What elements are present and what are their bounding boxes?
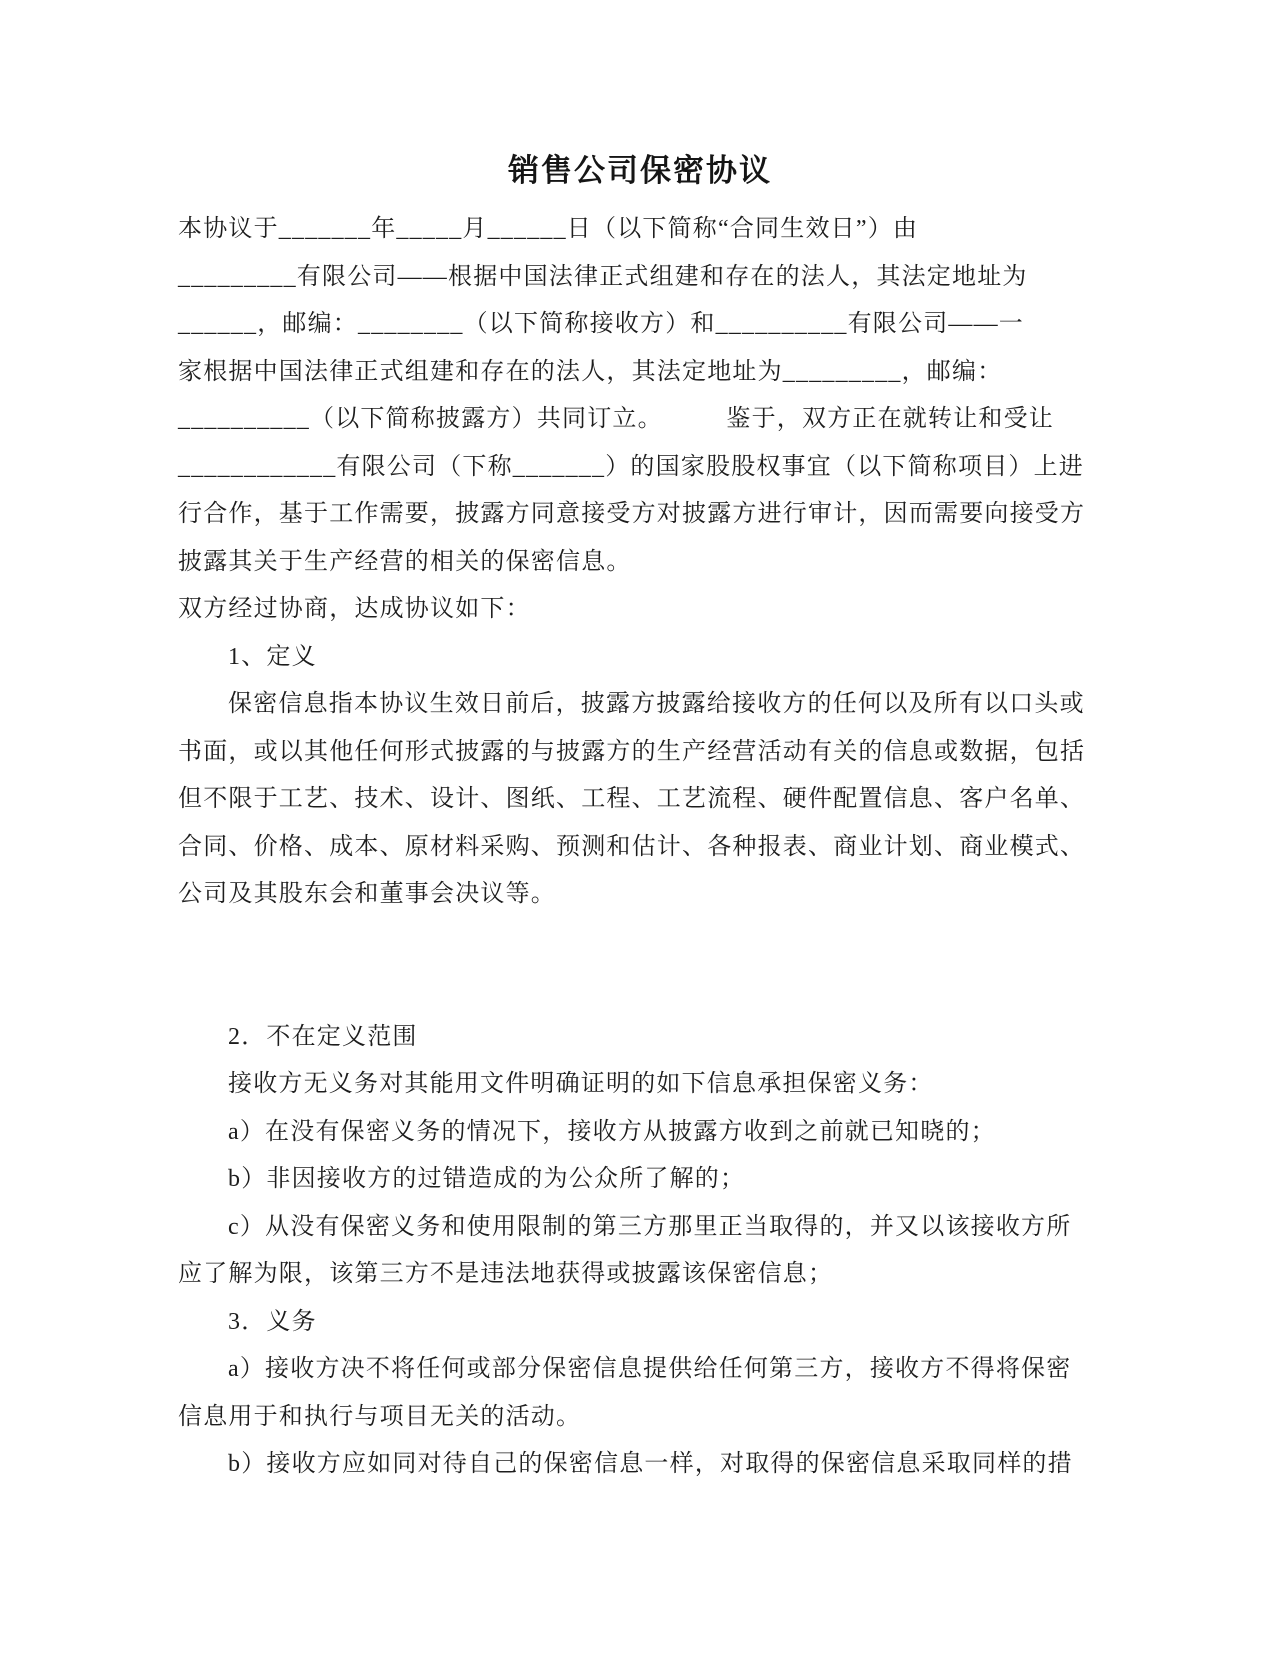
document-line: 但不限于工艺、技术、设计、图纸、工程、工艺流程、硬件配置信息、客户名单、: [178, 776, 1102, 824]
document-line: b）接收方应如同对待自己的保密信息一样，对取得的保密信息采取同样的措: [178, 1441, 1102, 1489]
document-line: 公司及其股东会和董事会决议等。: [178, 871, 1102, 919]
document-body: 本协议于_______年_____月______日（以下简称“合同生效日”）由_…: [178, 206, 1102, 1489]
document-line: ____________有限公司（下称_______）的国家股股权事宜（以下简称…: [178, 444, 1102, 492]
document-line: b）非因接收方的过错造成的为公众所了解的；: [178, 1156, 1102, 1204]
document-line: 披露其关于生产经营的相关的保密信息。: [178, 539, 1102, 587]
document-line: __________（以下简称披露方）共同订立。 鉴于，双方正在就转让和受让: [178, 396, 1102, 444]
document-line: 书面，或以其他任何形式披露的与披露方的生产经营活动有关的信息或数据，包括: [178, 729, 1102, 777]
document-line: a）接收方决不将任何或部分保密信息提供给任何第三方，接收方不得将保密: [178, 1346, 1102, 1394]
document-line: a）在没有保密义务的情况下，接收方从披露方收到之前就已知晓的；: [178, 1109, 1102, 1157]
document-line: [178, 919, 1102, 967]
document-line: 本协议于_______年_____月______日（以下简称“合同生效日”）由: [178, 206, 1102, 254]
document-line: 行合作，基于工作需要，披露方同意接受方对披露方进行审计，因而需要向接受方: [178, 491, 1102, 539]
document-line: 2．不在定义范围: [178, 1014, 1102, 1062]
document-page: 销售公司保密协议 本协议于_______年_____月______日（以下简称“…: [0, 0, 1280, 1656]
document-line: 合同、价格、成本、原材料采购、预测和估计、各种报表、商业计划、商业模式、: [178, 824, 1102, 872]
document-line: 家根据中国法律正式组建和存在的法人，其法定地址为_________，邮编：: [178, 349, 1102, 397]
document-line: 应了解为限，该第三方不是违法地获得或披露该保密信息；: [178, 1251, 1102, 1299]
document-title: 销售公司保密协议: [178, 150, 1102, 192]
document-line: 信息用于和执行与项目无关的活动。: [178, 1394, 1102, 1442]
document-line: 保密信息指本协议生效日前后，披露方披露给接收方的任何以及所有以口头或: [178, 681, 1102, 729]
document-line: 1、定义: [178, 634, 1102, 682]
document-line: [178, 966, 1102, 1014]
document-line: 3．义务: [178, 1299, 1102, 1347]
document-line: 接收方无义务对其能用文件明确证明的如下信息承担保密义务：: [178, 1061, 1102, 1109]
document-line: ______，邮编：________（以下简称接收方）和__________有限…: [178, 301, 1102, 349]
document-line: _________有限公司——根据中国法律正式组建和存在的法人，其法定地址为: [178, 254, 1102, 302]
document-line: 双方经过协商，达成协议如下：: [178, 586, 1102, 634]
document-line: c）从没有保密义务和使用限制的第三方那里正当取得的，并又以该接收方所: [178, 1204, 1102, 1252]
